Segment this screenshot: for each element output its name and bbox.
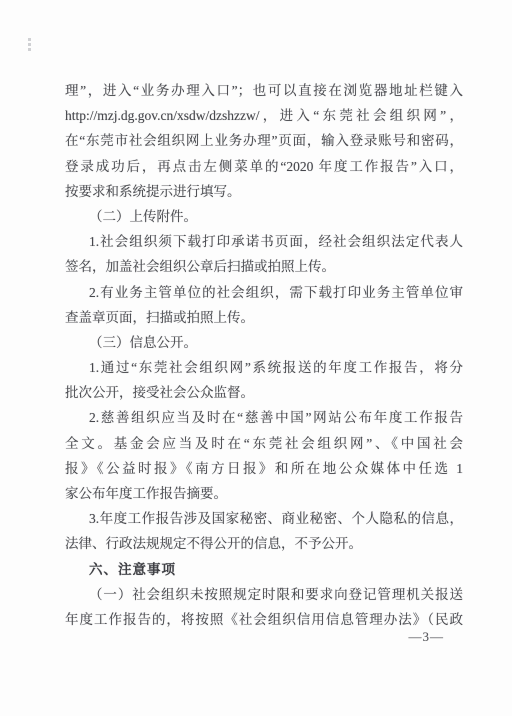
text-line: 查盖章页面，扫描或拍照上传。: [65, 305, 463, 330]
text-line: 2.慈善组织应当及时在“慈善中国”网站公布年度工作报告: [65, 405, 463, 430]
text-line: 家公布年度工作报告摘要。: [65, 481, 463, 506]
text-line: 法律、行政法规规定不得公开的信息，不予公开。: [65, 531, 463, 556]
text-line: 1.社会组织须下载打印承诺书页面，经社会组织法定代表人: [65, 229, 463, 254]
chapter-heading-6: 六、注意事项: [65, 557, 463, 582]
text-line: 年度工作报告的，将按照《社会组织信用信息管理办法》（民政: [65, 607, 463, 632]
text-line: 批次公开，接受社会公众监督。: [65, 380, 463, 405]
text-line-url: http://mzj.dg.gov.cn/xsdw/dzshzzw/，进入“东莞…: [65, 103, 463, 128]
text-line: 理”，进入“业务办理入口”；也可以直接在浏览器地址栏键入: [65, 78, 463, 103]
section-heading-2: （二）上传附件。: [65, 204, 463, 229]
text-line: 2.有业务主管单位的社会组织，需下载打印业务主管单位审: [65, 280, 463, 305]
section-heading-3: （三）信息公开。: [65, 330, 463, 355]
text-line: 按要求和系统提示进行填写。: [65, 179, 463, 204]
text-line: 全文。基金会应当及时在“东莞社会组织网”、《中国社会: [65, 431, 463, 456]
text-line: 3.年度工作报告涉及国家秘密、商业秘密、个人隐私的信息，: [65, 506, 463, 531]
text-line: 1.通过“东莞社会组织网”系统报送的年度工作报告，将分: [65, 355, 463, 380]
document-body: 理”，进入“业务办理入口”；也可以直接在浏览器地址栏键入 http://mzj.…: [65, 78, 463, 632]
scanned-document-page: 理”，进入“业务办理入口”；也可以直接在浏览器地址栏键入 http://mzj.…: [0, 0, 512, 716]
text-line: 在“东莞市社会组织网上业务办理”页面，输入登录账号和密码，: [65, 128, 463, 153]
text-line: （一）社会组织未按照规定时限和要求向登记管理机关报送: [65, 582, 463, 607]
scan-artifact-mark: [28, 38, 31, 51]
page-number: —3—: [409, 629, 445, 645]
text-line: 签名，加盖社会组织公章后扫描或拍照上传。: [65, 254, 463, 279]
text-line: 登录成功后，再点击左侧菜单的“2020 年度工作报告”入口，: [65, 154, 463, 179]
text-line: 报》《公益时报》《南方日报》和所在地公众媒体中任选 1: [65, 456, 463, 481]
